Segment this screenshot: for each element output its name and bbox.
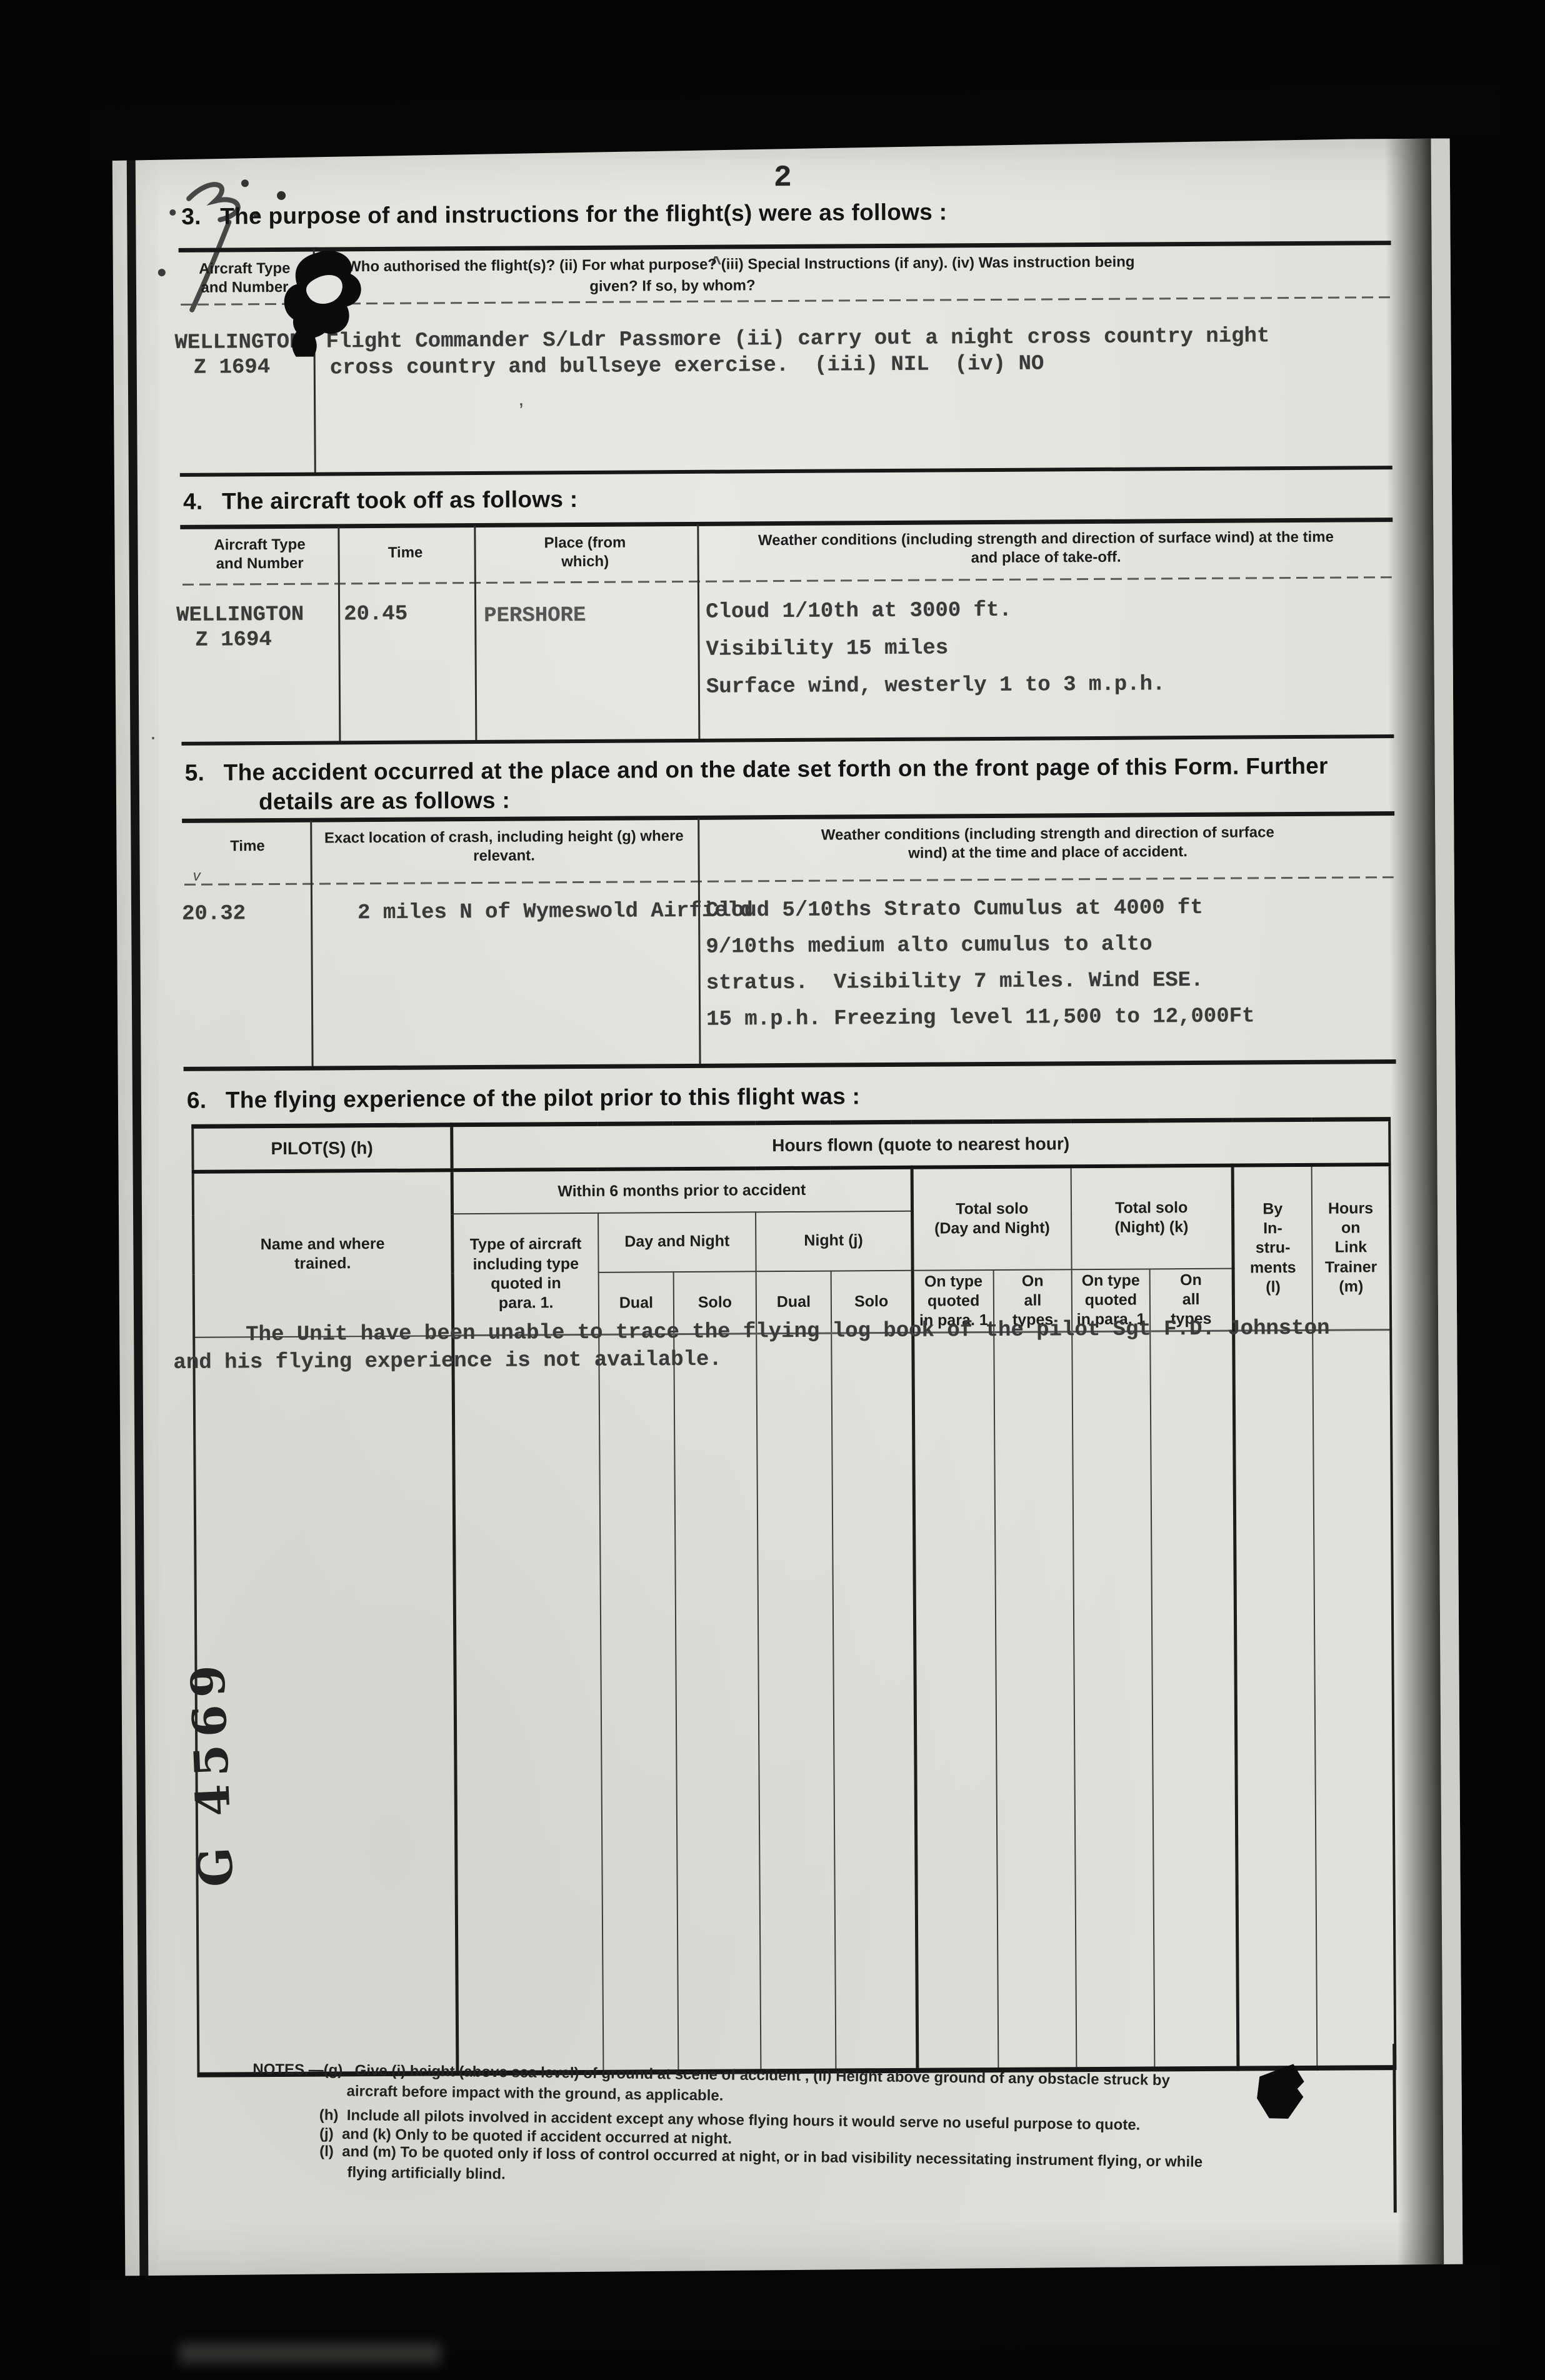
section5-title-line2: details are as follows : [259, 787, 510, 815]
t6-empty-cell [1150, 1331, 1237, 2069]
adjacent-page-glimpse [179, 2342, 441, 2364]
section3-title: The purpose of and instructions for the … [220, 199, 947, 229]
t4-weather-line: Surface wind, westerly 1 to 3 m.p.h. [706, 672, 1166, 699]
stray-mark: ’ [519, 399, 524, 424]
notes-marker: (j) [319, 2126, 334, 2143]
notes-marker: (h) [319, 2107, 339, 2124]
t4-place: PERSHORE [484, 604, 586, 628]
scanned-form-page: 2 ^ 3. The purpose of and instructions f… [112, 138, 1463, 2279]
registry-stamp: G 4569 [182, 1678, 271, 1904]
pencil-tick: v [193, 867, 201, 885]
t4-weather-line: Cloud 1/10th at 3000 ft. [706, 599, 1012, 624]
t5-weather-line: 15 m.p.h. Freezing level 11,500 to 12,00… [706, 1004, 1255, 1031]
t4-header-time: Time [339, 543, 471, 562]
t5-header-time: Time [186, 837, 308, 856]
t4-weather-line: Visibility 15 miles [706, 636, 948, 661]
t6-type-of-aircraft-header: Type of aircraft including type quoted i… [452, 1212, 599, 1336]
t4-header-weather: Weather conditions (including strength a… [702, 527, 1389, 569]
section3-number: 3. [181, 204, 201, 230]
rule [184, 1059, 1396, 1071]
t5-time: 20.32 [182, 902, 246, 926]
t3-detail-line: Flight Commander S/Ldr Passmore (ii) car… [326, 324, 1269, 354]
section5-number: 5. [185, 760, 205, 786]
t4-header-aircraft: Aircraft Type and Number [184, 535, 334, 573]
t6-empty-cell [674, 1334, 761, 2072]
notes-text: flying artificially blind. [347, 2164, 506, 2182]
t6-empty-cell [452, 1335, 603, 2073]
rule [180, 466, 1392, 477]
page-left-border-rule [127, 146, 149, 2279]
t6-total-solo-daynight-header: Total solo (Day and Night) [912, 1166, 1072, 1271]
section4-title: The aircraft took off as follows : [222, 486, 578, 514]
t6-empty-cell [1312, 1330, 1395, 2068]
t6-empty-cell [1072, 1331, 1154, 2069]
t6-note-line: and his flying experience is not availab… [173, 1348, 722, 1375]
notes-marker: NOTES.—(g) [252, 2061, 346, 2079]
notes-line: flying artificially blind. [347, 2164, 506, 2183]
t4-time: 20.45 [344, 602, 407, 627]
t5-header-location: Exact location of crash, including heigh… [316, 827, 691, 867]
rule [182, 576, 1392, 586]
t6-empty-cell [756, 1333, 836, 2071]
t5-weather-line: stratus. Visibility 7 miles. Wind ESE. [706, 969, 1204, 996]
rule [181, 734, 1394, 746]
section5-title-line1: The accident occurred at the place and o… [224, 753, 1328, 786]
t3-col2-header-line2: given? If so, by whom? [329, 275, 1016, 298]
section4-number: 4. [183, 489, 203, 515]
t5-location: 2 miles N of Wymeswold Airfield [357, 899, 753, 925]
t4-aircraft: WELLINGTON [176, 603, 304, 627]
t6-day-and-night-header: Day and Night [598, 1212, 756, 1272]
t5-divider [697, 818, 701, 1065]
t6-empty-cell [1233, 1331, 1317, 2069]
page-number: 2 [774, 161, 792, 195]
t4-header-place: Place (from which) [477, 533, 692, 572]
t6-link-trainer-header: Hours on Link Trainer (m) [1312, 1164, 1391, 1331]
t5-divider [310, 821, 313, 1067]
t6-night-j-header: Night (j) [756, 1211, 912, 1271]
t6-empty-cell [831, 1333, 917, 2071]
t6-by-instruments-header: By In- stru- ments (l) [1232, 1164, 1313, 1331]
t3-detail-line: cross country and bullseye exercise. (ii… [330, 352, 1044, 380]
t5-weather-line: Cloud 5/10ths Strato Cumulus at 4000 ft [706, 896, 1203, 923]
section6-number: 6. [187, 1087, 207, 1114]
t6-empty-cell [994, 1332, 1076, 2070]
rule [184, 876, 1394, 886]
flying-experience-table: PILOT(S) (h) Hours flown (quote to neare… [191, 1117, 1396, 2077]
t3-col2-header-line1: (i) Who authorised the flight(s)? (ii) F… [329, 251, 1391, 276]
t4-aircraft-number: Z 1694 [195, 628, 272, 652]
notes-marker: (l) [319, 2143, 334, 2161]
ink-blot [281, 249, 375, 359]
t6-pilots-header: PILOT(S) (h) [192, 1125, 451, 1172]
notes-line: aircraft before impact with the ground, … [346, 2082, 723, 2104]
t6-empty-cell [599, 1334, 678, 2072]
section6-title: The flying experience of the pilot prior… [226, 1083, 861, 1113]
notes-text: aircraft before impact with the ground, … [346, 2082, 723, 2104]
t6-hours-flown-header: Hours flown (quote to nearest hour) [451, 1119, 1389, 1170]
t5-weather-line: 9/10ths medium alto cumulus to alto [706, 932, 1152, 959]
t3-aircraft-number: Z 1694 [194, 356, 271, 380]
t5-header-weather: Weather conditions (including strength a… [704, 822, 1391, 864]
rule [180, 517, 1392, 529]
t6-within6-header: Within 6 months prior to accident [452, 1167, 912, 1213]
stray-dot: · [149, 725, 157, 749]
t6-empty-cell [912, 1332, 998, 2071]
t6-total-solo-night-header: Total solo (Night) (k) [1071, 1165, 1233, 1269]
t6-name-header: Name and where trained. [193, 1170, 453, 1337]
t4-divider [697, 524, 700, 740]
ink-blot [1244, 2060, 1313, 2129]
